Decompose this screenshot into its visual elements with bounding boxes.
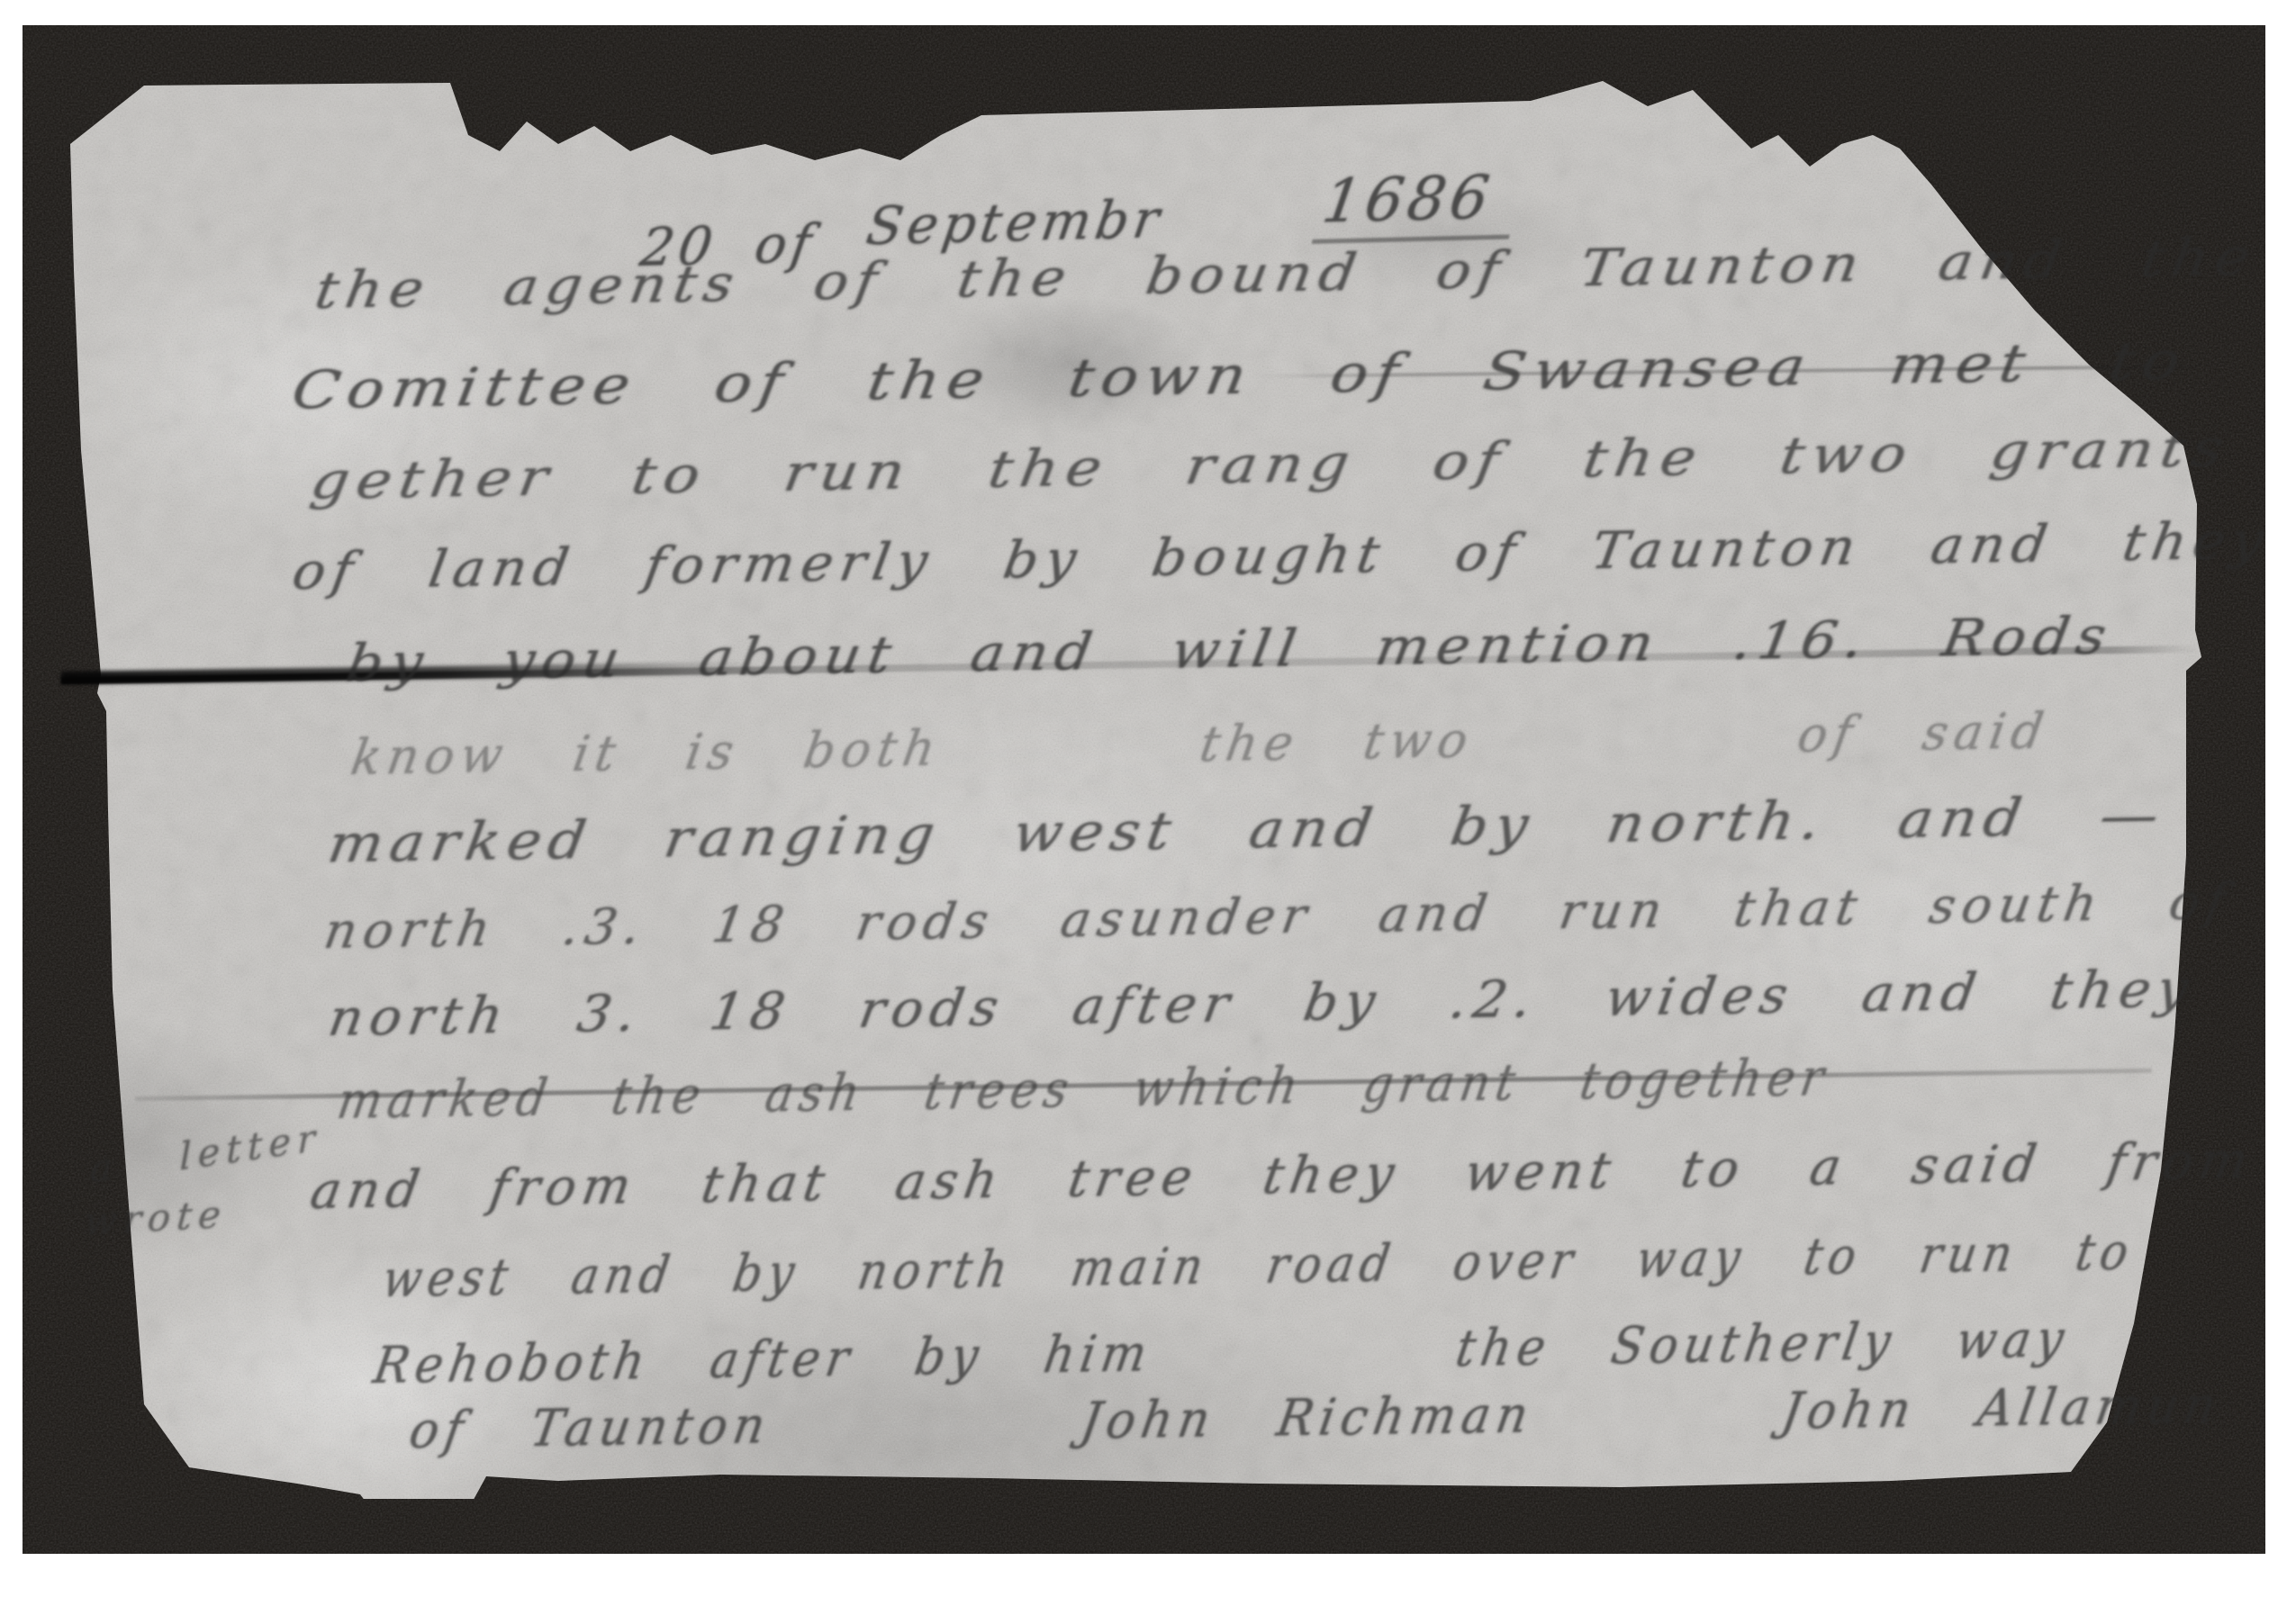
handwriting-line: of Taunton John Richman John Allamun	[406, 1381, 2225, 1457]
handwriting-line: west and by north main road over way to …	[379, 1227, 2138, 1305]
handwriting-line: by you about and will mention .16. Rods	[343, 611, 2117, 690]
handwriting-layer: 20 ofSeptembr1686 a letter wrote the age…	[0, 0, 2296, 1597]
date-year-underlined: 1686	[1312, 167, 1520, 244]
handwriting-line: north 3. 18 rods after by .2. wides and …	[325, 964, 2198, 1044]
date-month: Septembr	[863, 193, 1167, 252]
margin-note-line-2: wrote	[83, 1195, 229, 1241]
handwriting-line: marked the ash trees which grant togethe…	[334, 1053, 1833, 1127]
manuscript-scan-1686: 20 ofSeptembr1686 a letter wrote the age…	[0, 0, 2296, 1597]
handwriting-line: marked ranging west and by north. and —	[325, 789, 2169, 870]
handwriting-line: Comittee of the town of Swansea met to	[289, 334, 2192, 416]
handwriting-line: know it is both the two of said	[348, 707, 2053, 782]
handwriting-line: of land formerly by bought of Taunton an…	[289, 517, 2273, 599]
handwriting-line: north .3. 18 rods asunder and run that s…	[321, 878, 2235, 956]
handwriting-line: gether to run the rang of the two grants	[307, 424, 2234, 508]
handwriting-line: and from that ash tree they went to a sa…	[307, 1136, 2257, 1217]
handwriting-line: Rehoboth after by him the Southerly way	[370, 1314, 2073, 1392]
margin-note-line-1: a letter	[90, 1118, 321, 1189]
